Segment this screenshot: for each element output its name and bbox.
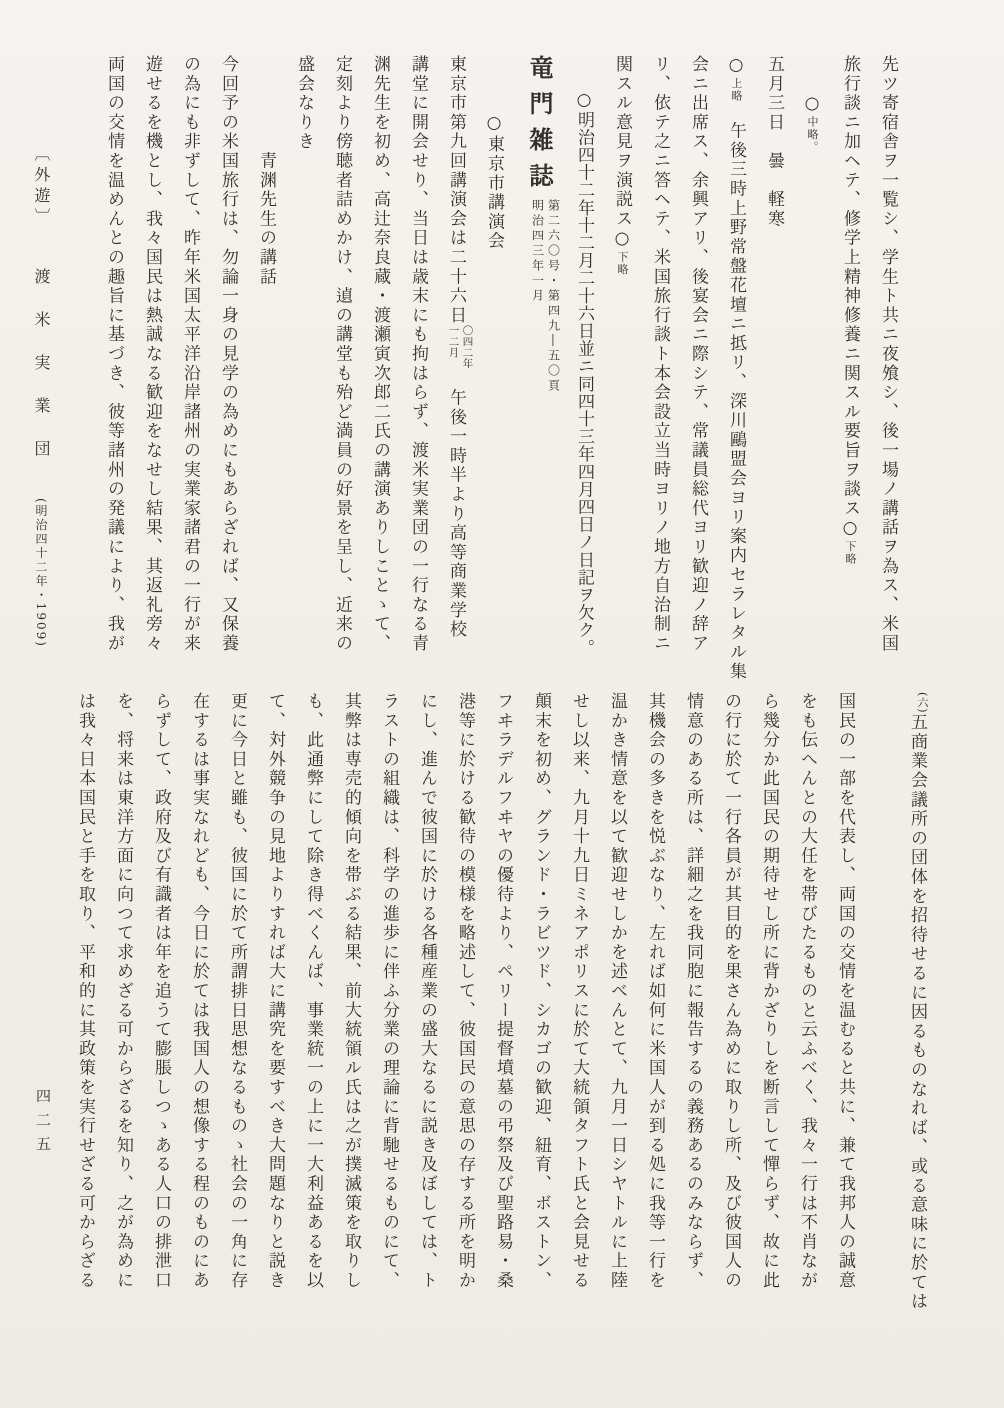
text-column: も、此通弊にして除き得べくんば、事業統一の上に一大利益あるを以 — [294, 692, 332, 1357]
text-column: リ、依テ之ニ答ヘテ、米国旅行談ト本会設立当時ヨリノ地方自治制ニ — [641, 55, 679, 715]
text-run: にし、進んで彼国に於ける各種産業の盛大なるに説き及ぼしては、ト — [417, 692, 437, 1290]
text-run: 在するは事実なれども、今日に於ては我国人の想像する程のものにあ — [189, 692, 209, 1290]
text-column: 東京市第九回講演会は二十六日〇四二年一二月 午後一時半より高等商業学校 — [437, 55, 475, 715]
text-run: 温かき情意を以て歓迎せしかを述べんとて、九月一日シヤトルに上陸 — [607, 692, 627, 1290]
text-column: 渊先生を初め、高辻奈良蔵・渡瀬寅次郎二氏の講演ありしことゝて、 — [361, 55, 399, 715]
text-run: ら幾分か此国民の期待せし所に背かざりしを断言して憚らず、故に此 — [759, 692, 779, 1290]
text-column: 在するは事実なれども、今日に於ては我国人の想像する程のものにあ — [180, 692, 218, 1357]
text-run: 下略 — [616, 251, 629, 276]
text-column: は我々日本国民と手を取り、平和的に其政策を実行せざる可からざる — [66, 692, 104, 1357]
text-run: の行に於て一行各員が其目的を果さん為めに取りし所、及び彼国人の — [721, 692, 741, 1290]
text-run: 遊せるを機とし、我々国民は熱誠なる歓迎をなせし結果、其返礼旁々 — [142, 55, 162, 653]
text-column: フヰラデルフヰヤの優待より、ペリー提督墳墓の弔祭及び聖路易・桑 — [484, 692, 522, 1357]
text-column: 情意のある所は、詳細之を我同胞に報告するの義務あるのみならず、 — [674, 692, 712, 1357]
text-run: 旅行談ニ加ヘテ、修学上精神修養ニ関スル要旨ヲ談ス — [840, 55, 860, 518]
margin-year-label: (明治四十二年・1909) — [33, 498, 50, 648]
text-column: ○中略。 — [793, 55, 831, 715]
margin-genre-label: 〔外遊〕 — [30, 145, 53, 229]
text-column: 両国の交情を温めんとの趣旨に基づき、彼等諸州の発議により、我が — [95, 55, 133, 715]
text-column: 今回予の米国旅行は、勿論一身の見学の為めにもあらざれば、又保養 — [209, 55, 247, 715]
text-column: の行に於て一行各員が其目的を果さん為めに取りし所、及び彼国人の — [712, 692, 750, 1357]
text-run: 関スル意見ヲ演説ス — [612, 55, 632, 229]
text-column: 先ツ寄宿舎ヲ一覧シ、学生ト共ニ夜飧シ、後一場ノ講話ヲ為ス、米国 — [869, 55, 907, 715]
text-run: 東京市第九回講演会は二十六日 — [446, 55, 466, 325]
text-column: 関スル意見ヲ演説ス○下略 — [603, 55, 641, 715]
text-run: 講堂に開会せり、当日は歳末にも拘はらず、渡米実業団の一行なる青 — [408, 55, 428, 653]
text-column: 其弊は専売的傾向を帯ぶる結果、前大統領ル氏は之が撲滅策を取りし — [332, 692, 370, 1357]
text-run: 渊先生を初め、高辻奈良蔵・渡瀬寅次郎二氏の講演ありしことゝて、 — [370, 55, 390, 653]
text-column: ○明治四十二年十二月二十六日並ニ同四十三年四月四日ノ日記ヲ欠ク。 — [565, 55, 603, 715]
text-run: ラストの組織は、科学の進歩に伴ふ分業の理論に背馳せるものにて、 — [379, 692, 399, 1290]
text-run: を、将来は東洋方面に向つて求めざる可からざるを知り、之が為めに — [113, 692, 133, 1290]
text-run: 中略。 — [806, 116, 819, 154]
text-run: 会ニ出席ス、余興アリ、後宴会ニ際シテ、常議員総代ヨリ歓迎ノ辞ア — [688, 55, 708, 653]
text-run: 其弊は専売的傾向を帯ぶる結果、前大統領ル氏は之が撲滅策を取りし — [341, 692, 361, 1290]
text-column: 旅行談ニ加ヘテ、修学上精神修養ニ関スル要旨ヲ談ス○下略 — [831, 55, 869, 715]
text-column: らずして、政府及び有識者は年を追うて膨脹しつゝある人口の排泄口 — [142, 692, 180, 1357]
text-column: せし以来、九月十九日ミネアポリスに於て大統領タフト氏と会見せる — [560, 692, 598, 1357]
text-run: 上略 — [730, 77, 743, 102]
margin-label: 〔外遊〕 渡米実業団 (明治四十二年・1909) — [30, 145, 53, 648]
text-run: 先ツ寄宿舎ヲ一覧シ、学生ト共ニ夜飧シ、後一場ノ講話ヲ為ス、米国 — [878, 55, 898, 653]
text-column: ラストの組織は、科学の進歩に伴ふ分業の理論に背馳せるものにて、 — [370, 692, 408, 1357]
text-run: 五月三日 曇 軽寒 — [764, 55, 784, 229]
text-column: 其機会の多きを悦ぶなり、左れば如何に米国人が到る処に我等一行を — [636, 692, 674, 1357]
text-run: 青渊先生の講話 — [256, 55, 276, 287]
text-run: せし以来、九月十九日ミネアポリスに於て大統領タフト氏と会見せる — [569, 692, 589, 1290]
text-run: 竜門雑誌 — [525, 55, 554, 199]
text-run: ○ — [802, 55, 822, 116]
text-run: は我々日本国民と手を取り、平和的に其政策を実行せざる可からざる — [75, 692, 95, 1290]
text-run: て、対外競争の見地よりすれば大に講究を要すべき大問題なりと説き — [265, 692, 285, 1290]
inline-split-note: 第二六〇号・第四九―五〇頁明治四三年一月 — [530, 199, 562, 394]
text-column: て、対外競争の見地よりすれば大に講究を要すべき大問題なりと説き — [256, 692, 294, 1357]
text-column: 温かき情意を以て歓迎せしかを述べんとて、九月一日シヤトルに上陸 — [598, 692, 636, 1357]
text-run: 定刻より傍聴者詰めかけ、遉の講堂も殆ど満員の好景を呈し、近来の — [332, 55, 352, 653]
text-run: ○ — [612, 229, 632, 251]
text-column: ら幾分か此国民の期待せし所に背かざりしを断言して憚らず、故に此 — [750, 692, 788, 1357]
text-run: 港等に於ける歓待の模様を略述して、彼国民の意思の存する所を明か — [455, 692, 475, 1290]
text-run: ○ — [840, 518, 860, 540]
text-column: にし、進んで彼国に於ける各種産業の盛大なるに説き及ぼしては、ト — [408, 692, 446, 1357]
text-run: 五商業会議所の団体を招待せるに因るものなれば、或る意味に於ては — [907, 713, 927, 1311]
text-run: ○明治四十二年十二月二十六日並ニ同四十三年四月四日ノ日記ヲ欠ク。 — [574, 55, 594, 656]
text-run: 更に今日と雖も、彼国に於て所謂排日思想なるものゝ社会の一角に存 — [227, 692, 247, 1290]
text-column: 会ニ出席ス、余興アリ、後宴会ニ際シテ、常議員総代ヨリ歓迎ノ辞ア — [679, 55, 717, 715]
section-number: (六) — [916, 692, 929, 713]
page-number: 四二五 — [33, 1088, 54, 1160]
text-run: 下略 — [844, 541, 857, 566]
journal-title-column: 竜門雑誌第二六〇号・第四九―五〇頁明治四三年一月 — [513, 55, 565, 715]
text-run: ○東京市講演会 — [484, 55, 504, 251]
text-column: 講堂に開会せり、当日は歳末にも拘はらず、渡米実業団の一行なる青 — [399, 55, 437, 715]
text-run: 盛会なりき — [294, 55, 314, 152]
text-run: 国民の一部を代表し、両国の交情を温むると共に、兼て我邦人の誠意 — [835, 692, 855, 1290]
text-column: ○上略 午後三時上野常盤花壇ニ抵リ、深川鷗盟会ヨリ案内セラレタル集 — [717, 55, 755, 715]
text-column: 港等に於ける歓待の模様を略述して、彼国民の意思の存する所を明か — [446, 692, 484, 1357]
text-column: を、将来は東洋方面に向つて求めざる可からざるを知り、之が為めに — [104, 692, 142, 1357]
text-column: 更に今日と雖も、彼国に於て所謂排日思想なるものゝ社会の一角に存 — [218, 692, 256, 1357]
text-column: ○東京市講演会 — [475, 55, 513, 715]
text-column: 五月三日 曇 軽寒 — [755, 55, 793, 715]
text-run: も、此通弊にして除き得べくんば、事業統一の上に一大利益あるを以 — [303, 692, 323, 1290]
text-run: ○ — [726, 55, 746, 77]
text-run: 顛末を初め、グランド・ラビツド、シカゴの歓迎、紐育、ボストン、 — [531, 692, 551, 1290]
margin-book-title: 渡米実業団 — [30, 268, 53, 483]
text-run: 今回予の米国旅行は、勿論一身の見学の為めにもあらざれば、又保養 — [218, 55, 238, 653]
top-page-text-block: 先ツ寄宿舎ヲ一覧シ、学生ト共ニ夜飧シ、後一場ノ講話ヲ為ス、米国旅行談ニ加ヘテ、修… — [95, 55, 907, 715]
text-run: フヰラデルフヰヤの優待より、ペリー提督墳墓の弔祭及び聖路易・桑 — [493, 692, 513, 1290]
text-column: の為にも非ずして、昨年米国太平洋沿岸諸州の実業家諸君の一行が来 — [171, 55, 209, 715]
text-run: らずして、政府及び有識者は年を追うて膨脹しつゝある人口の排泄口 — [151, 692, 171, 1290]
text-run: 情意のある所は、詳細之を我同胞に報告するの義務あるのみならず、 — [683, 692, 703, 1290]
text-run: をも伝へんとの大任を帯びたるものと云ふべく、我々一行は不肖なが — [797, 692, 817, 1290]
text-column: 国民の一部を代表し、両国の交情を温むると共に、兼て我邦人の誠意 — [826, 692, 864, 1357]
text-column: 遊せるを機とし、我々国民は熱誠なる歓迎をなせし結果、其返礼旁々 — [133, 55, 171, 715]
text-run: 其機会の多きを悦ぶなり、左れば如何に米国人が到る処に我等一行を — [645, 692, 665, 1290]
text-run: の為にも非ずして、昨年米国太平洋沿岸諸州の実業家諸君の一行が来 — [180, 55, 200, 653]
text-column: (六)五商業会議所の団体を招待せるに因るものなれば、或る意味に於ては — [898, 692, 936, 1357]
text-column: 青渊先生の講話 — [247, 55, 285, 715]
inline-split-note: 〇四二年一二月 — [447, 325, 475, 369]
text-run: 午後一時半より高等商業学校 — [446, 369, 466, 639]
scanned-book-page: { "colors":{"paper":"#f1efe9","ink":"#32… — [0, 0, 1004, 1408]
text-run: 午後三時上野常盤花壇ニ抵リ、深川鷗盟会ヨリ案内セラレタル集 — [726, 102, 746, 681]
text-column: 顛末を初め、グランド・ラビツド、シカゴの歓迎、紐育、ボストン、 — [522, 692, 560, 1357]
bottom-page-text-block: (六)五商業会議所の団体を招待せるに因るものなれば、或る意味に於ては国民の一部を… — [66, 692, 936, 1357]
text-column: をも伝へんとの大任を帯びたるものと云ふべく、我々一行は不肖なが — [788, 692, 826, 1357]
text-run: 両国の交情を温めんとの趣旨に基づき、彼等諸州の発議により、我が — [104, 55, 124, 653]
text-column: 定刻より傍聴者詰めかけ、遉の講堂も殆ど満員の好景を呈し、近来の — [323, 55, 361, 715]
text-run: リ、依テ之ニ答ヘテ、米国旅行談ト本会設立当時ヨリノ地方自治制ニ — [650, 55, 670, 653]
text-column: 盛会なりき — [285, 55, 323, 715]
